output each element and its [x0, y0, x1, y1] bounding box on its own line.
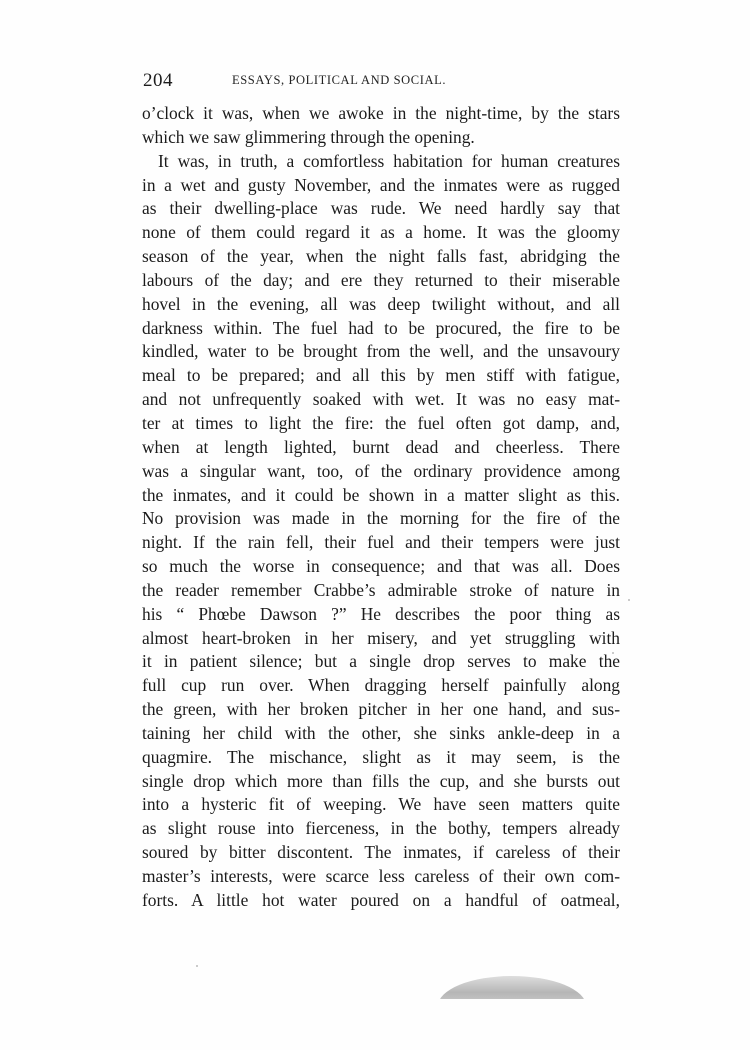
text-line: none of them could regard it as a home. …: [142, 221, 620, 245]
text-line: quagmire. The mischance, slight as it ma…: [142, 746, 620, 770]
scan-artifact-mask: [420, 999, 620, 1039]
body-text: o’clock it was, when we awoke in the nig…: [142, 102, 620, 913]
text-line: o’clock it was, when we awoke in the nig…: [142, 102, 620, 126]
scan-speck: [196, 965, 198, 967]
text-line: in a wet and gusty November, and the inm…: [142, 174, 620, 198]
text-line: the inmates, and it could be shown in a …: [142, 484, 620, 508]
scan-speck: [612, 652, 614, 654]
text-line: forts. A little hot water poured on a ha…: [142, 889, 620, 913]
text-line: into a hysteric fit of weeping. We have …: [142, 793, 620, 817]
text-line: season of the year, when the night falls…: [142, 245, 620, 269]
text-line: night. If the rain fell, their fuel and …: [142, 531, 620, 555]
text-line: it in patient silence; but a single drop…: [142, 650, 620, 674]
text-line: single drop which more than fills the cu…: [142, 770, 620, 794]
text-line: the green, with her broken pitcher in he…: [142, 698, 620, 722]
running-title: ESSAYS, POLITICAL AND SOCIAL.: [232, 73, 446, 88]
text-line: labours of the day; and ere they returne…: [142, 269, 620, 293]
text-line: darkness within. The fuel had to be proc…: [142, 317, 620, 341]
paragraph-start-line: It was, in truth, a comfortless habitati…: [142, 150, 620, 174]
text-line: hovel in the evening, all was deep twili…: [142, 293, 620, 317]
text-line: as their dwelling-place was rude. We nee…: [142, 197, 620, 221]
text-line: almost heart-broken in her misery, and y…: [142, 627, 620, 651]
text-line: full cup run over. When dragging herself…: [142, 674, 620, 698]
text-line: which we saw glimmering through the open…: [142, 126, 620, 150]
book-page: 204 ESSAYS, POLITICAL AND SOCIAL. o’cloc…: [0, 0, 750, 1050]
text-line: master’s interests, were scarce less car…: [142, 865, 620, 889]
text-line: meal to be prepared; and all this by men…: [142, 364, 620, 388]
text-line: No provision was made in the morning for…: [142, 507, 620, 531]
text-line: was a singular want, too, of the ordinar…: [142, 460, 620, 484]
page-number: 204: [143, 70, 173, 92]
text-line: so much the worse in consequence; and th…: [142, 555, 620, 579]
text-line: taining her child with the other, she si…: [142, 722, 620, 746]
running-head: 204 ESSAYS, POLITICAL AND SOCIAL.: [143, 70, 620, 94]
text-line: and not unfrequently soaked with wet. It…: [142, 388, 620, 412]
text-line: ter at times to light the fire: the fuel…: [142, 412, 620, 436]
text-line: kindled, water to be brought from the we…: [142, 340, 620, 364]
text-line: the reader remember Crabbe’s admirable s…: [142, 579, 620, 603]
text-line: as slight rouse into fierceness, in the …: [142, 817, 620, 841]
text-line: soured by bitter discontent. The inmates…: [142, 841, 620, 865]
scan-speck: [628, 599, 630, 601]
text-line: when at length lighted, burnt dead and c…: [142, 436, 620, 460]
text-line: his “ Phœbe Dawson ?” He describes the p…: [142, 603, 620, 627]
